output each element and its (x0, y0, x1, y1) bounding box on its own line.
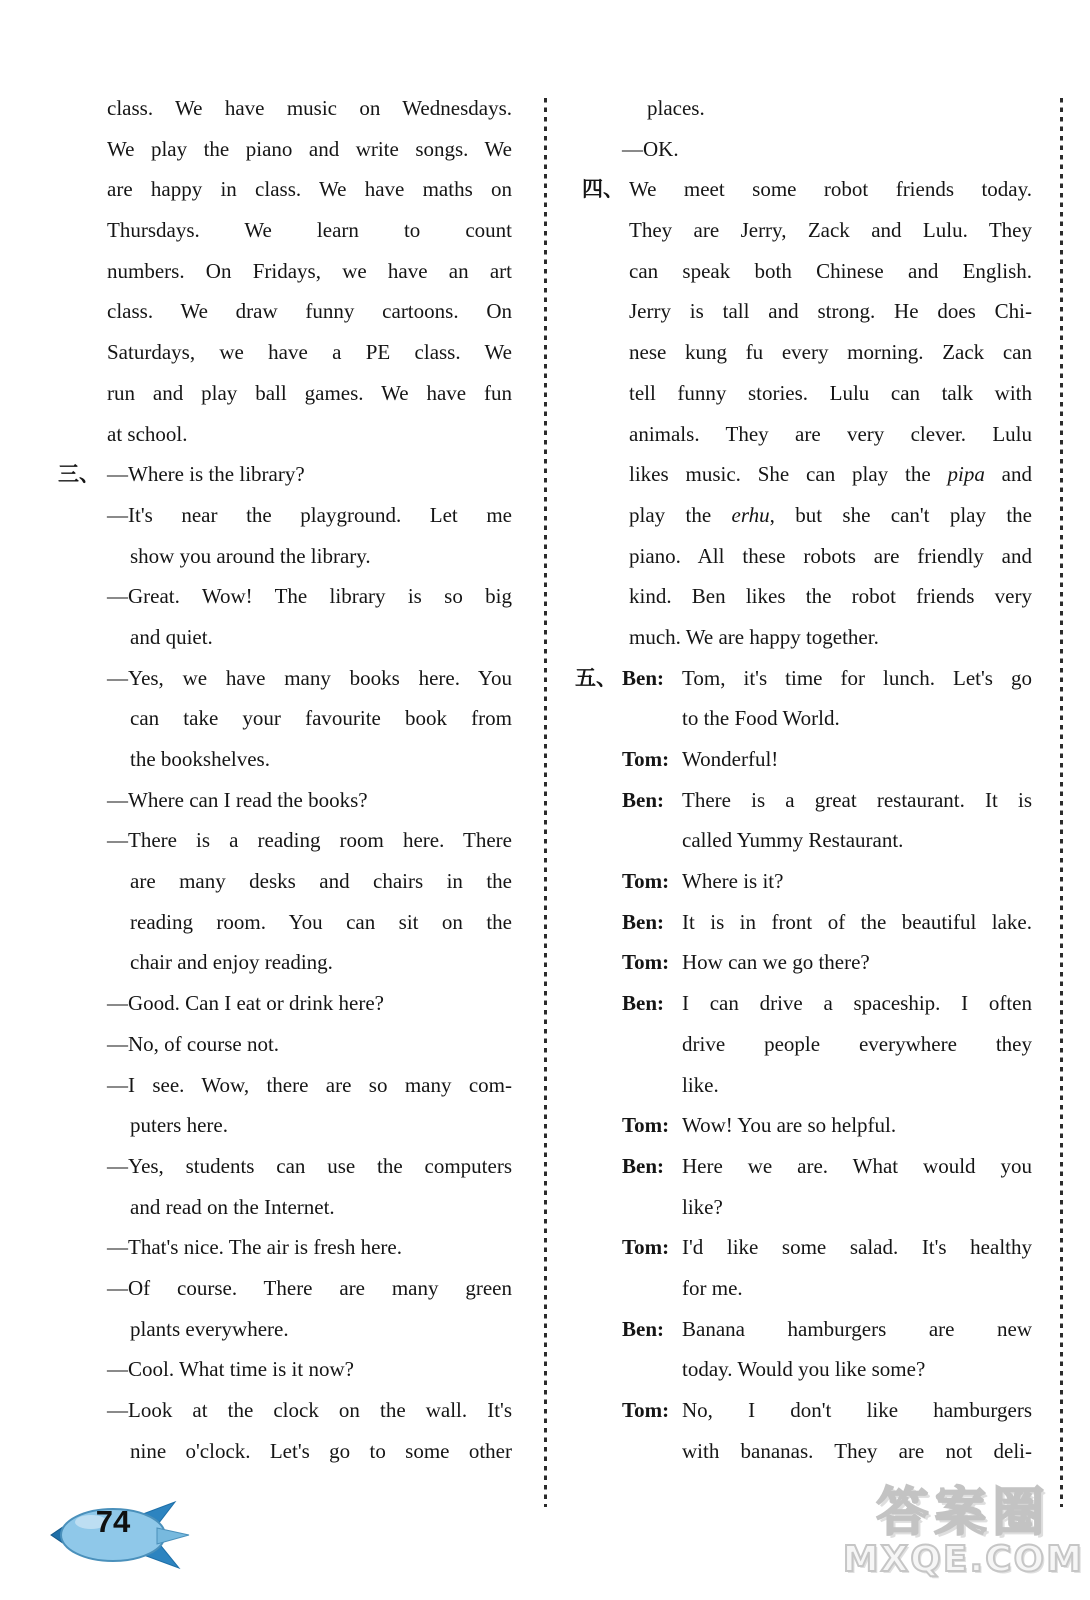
text-line: and quiet. (130, 617, 512, 658)
line-text: —Look at the clock on the wall. It's (107, 1398, 512, 1422)
line-text: nese kung fu every morning. Zack can (629, 340, 1032, 364)
text-line: —It's near the playground. Let me (107, 495, 512, 536)
text-line: 三、—Where is the library? (107, 454, 512, 495)
speaker-label: Ben: (622, 1146, 682, 1187)
text-line: show you around the library. (130, 536, 512, 577)
text-line: today. Would you like some? (682, 1349, 1032, 1390)
speaker-label: Tom: (622, 861, 682, 902)
line-text: drive people everywhere they (682, 1032, 1032, 1056)
text-line: Tom:I'd like some salad. It's healthy (622, 1227, 1032, 1268)
line-text: Wonderful! (682, 747, 778, 771)
right-column: places.—OK.四、We meet some robot friends … (622, 88, 1032, 1471)
line-text: class. We have music on Wednesdays. (107, 96, 512, 120)
page-number: 74 (83, 1506, 143, 1537)
line-text: and quiet. (130, 625, 213, 649)
text-line: at school. (107, 414, 512, 455)
line-text: How can we go there? (682, 950, 870, 974)
text-line: Tom:How can we go there? (622, 942, 1032, 983)
speaker-label: Ben: (622, 780, 682, 821)
line-text: run and play ball games. We have fun (107, 381, 512, 405)
line-text: —That's nice. The air is fresh here. (107, 1235, 402, 1259)
text-line: chair and enjoy reading. (130, 942, 512, 983)
text-line: piano. All these robots are friendly and (629, 536, 1032, 577)
line-text: called Yummy Restaurant. (682, 828, 903, 852)
text-line: play the erhu, but she can't play the (629, 495, 1032, 536)
text-line: —Where can I read the books? (107, 780, 512, 821)
line-text: —I see. Wow, there are so many com- (107, 1073, 512, 1097)
line-text: —Cool. What time is it now? (107, 1357, 354, 1381)
text-line: Ben:It is in front of the beautiful lake… (622, 902, 1032, 943)
line-text: play the (629, 503, 732, 527)
text-line: Tom:Where is it? (622, 861, 1032, 902)
text-line: like? (682, 1187, 1032, 1228)
line-text: like? (682, 1195, 723, 1219)
line-text: Where is it? (682, 869, 783, 893)
line-text: nine o'clock. Let's go to some other (130, 1439, 512, 1463)
text-line: —Yes, students can use the computers (107, 1146, 512, 1187)
text-line: Thursdays. We learn to count (107, 210, 512, 251)
speaker-label: Tom: (622, 1105, 682, 1146)
page-number-badge: 74 (45, 1490, 195, 1580)
text-line: Ben:Banana hamburgers are new (622, 1309, 1032, 1350)
line-text: show you around the library. (130, 544, 371, 568)
text-line: —That's nice. The air is fresh here. (107, 1227, 512, 1268)
line-text: tell funny stories. Lulu can talk with (629, 381, 1032, 405)
line-text: and (985, 462, 1032, 486)
line-text: Here we are. What would you (682, 1154, 1032, 1178)
text-line: nese kung fu every morning. Zack can (629, 332, 1032, 373)
line-text: reading room. You can sit on the (130, 910, 512, 934)
text-line: plants everywhere. (130, 1309, 512, 1350)
text-line: nine o'clock. Let's go to some other (130, 1431, 512, 1472)
line-text: numbers. On Fridays, we have an art (107, 259, 512, 283)
watermark-chinese: 答案圈 (843, 1486, 1084, 1541)
line-text: , but she can't play the (770, 503, 1032, 527)
line-text: animals. They are very clever. Lulu (629, 422, 1032, 446)
line-text: —Yes, we have many books here. You (107, 666, 512, 690)
line-text: Banana hamburgers are new (682, 1317, 1032, 1341)
text-line: Jerry is tall and strong. He does Chi- (629, 291, 1032, 332)
line-text: for me. (682, 1276, 743, 1300)
text-line: Tom:Wonderful! (622, 739, 1032, 780)
text-line: class. We draw funny cartoons. On (107, 291, 512, 332)
text-line: tell funny stories. Lulu can talk with (629, 373, 1032, 414)
text-line: reading room. You can sit on the (130, 902, 512, 943)
text-line: class. We have music on Wednesdays. (107, 88, 512, 129)
line-text: can take your favourite book from (130, 706, 512, 730)
speaker-label: Tom: (622, 739, 682, 780)
text-line: drive people everywhere they (682, 1024, 1032, 1065)
text-line: Ben:Here we are. What would you (622, 1146, 1032, 1187)
text-line: Ben:I can drive a spaceship. I often (622, 983, 1032, 1024)
line-text: places. (647, 96, 705, 120)
text-line: —Yes, we have many books here. You (107, 658, 512, 699)
line-text: —Where is the library? (107, 462, 305, 486)
line-text: Saturdays, we have a PE class. We (107, 340, 512, 364)
line-text: There is a great restaurant. It is (682, 788, 1032, 812)
italic-term: pipa (948, 462, 985, 486)
text-line: —Good. Can I eat or drink here? (107, 983, 512, 1024)
line-text: are happy in class. We have maths on (107, 177, 512, 201)
line-text: the bookshelves. (130, 747, 270, 771)
text-line: —Great. Wow! The library is so big (107, 576, 512, 617)
line-text: Jerry is tall and strong. He does Chi- (629, 299, 1032, 323)
text-line: —No, of course not. (107, 1024, 512, 1065)
text-line: can speak both Chinese and English. (629, 251, 1032, 292)
line-text: with bananas. They are not deli- (682, 1439, 1032, 1463)
line-text: like. (682, 1073, 719, 1097)
line-text: Wow! You are so helpful. (682, 1113, 896, 1137)
line-text: Tom, it's time for lunch. Let's go (682, 666, 1032, 690)
line-text: today. Would you like some? (682, 1357, 925, 1381)
line-text: —Yes, students can use the computers (107, 1154, 512, 1178)
line-text: to the Food World. (682, 706, 840, 730)
line-text: —No, of course not. (107, 1032, 279, 1056)
line-text: much. We are happy together. (629, 625, 879, 649)
text-line: Tom:No, I don't like hamburgers (622, 1390, 1032, 1431)
speaker-label: Ben: (622, 1309, 682, 1350)
line-text: It is in front of the beautiful lake. (682, 910, 1032, 934)
text-line: are happy in class. We have maths on (107, 169, 512, 210)
line-text: can speak both Chinese and English. (629, 259, 1032, 283)
text-line: much. We are happy together. (629, 617, 1032, 658)
text-line: They are Jerry, Zack and Lulu. They (629, 210, 1032, 251)
text-line: and read on the Internet. (130, 1187, 512, 1228)
line-text: puters here. (130, 1113, 228, 1137)
text-line: places. (647, 88, 1032, 129)
speaker-label: Tom: (622, 942, 682, 983)
watermark-site: MXQE.COM (843, 1541, 1084, 1579)
line-text: We meet some robot friends today. (629, 177, 1032, 201)
watermark: 答案圈 MXQE.COM (843, 1486, 1084, 1578)
line-text: —OK. (622, 137, 679, 161)
text-line: called Yummy Restaurant. (682, 820, 1032, 861)
speaker-label: Ben: (622, 902, 682, 943)
line-text: likes music. She can play the (629, 462, 948, 486)
page: 答案圈 MXQE.COM class. We have music on Wed… (0, 0, 1090, 1600)
line-text: —There is a reading room here. There (107, 828, 512, 852)
line-text: —Of course. There are many green (107, 1276, 512, 1300)
line-text: I can drive a spaceship. I often (682, 991, 1032, 1015)
text-line: Ben:There is a great restaurant. It is (622, 780, 1032, 821)
line-text: They are Jerry, Zack and Lulu. They (629, 218, 1032, 242)
text-line: 五、Ben:Tom, it's time for lunch. Let's go (622, 658, 1032, 699)
section-marker: 四、 (582, 169, 624, 210)
text-line: kind. Ben likes the robot friends very (629, 576, 1032, 617)
text-line: for me. (682, 1268, 1032, 1309)
text-line: —Of course. There are many green (107, 1268, 512, 1309)
text-line: We play the piano and write songs. We (107, 129, 512, 170)
speaker-label: Ben: (622, 983, 682, 1024)
italic-term: erhu (732, 503, 770, 527)
left-column: class. We have music on Wednesdays.We pl… (107, 88, 512, 1471)
line-text: at school. (107, 422, 187, 446)
line-text: are many desks and chairs in the (130, 869, 512, 893)
text-line: can take your favourite book from (130, 698, 512, 739)
speaker-label: Tom: (622, 1227, 682, 1268)
text-line: the bookshelves. (130, 739, 512, 780)
line-text: —Where can I read the books? (107, 788, 368, 812)
line-text: and read on the Internet. (130, 1195, 335, 1219)
line-text: —It's near the playground. Let me (107, 503, 512, 527)
text-line: with bananas. They are not deli- (682, 1431, 1032, 1472)
text-line: —I see. Wow, there are so many com- (107, 1065, 512, 1106)
text-line: to the Food World. (682, 698, 1032, 739)
section-marker: 五、 (575, 658, 617, 699)
line-text: kind. Ben likes the robot friends very (629, 584, 1032, 608)
text-line: —There is a reading room here. There (107, 820, 512, 861)
line-text: —Great. Wow! The library is so big (107, 584, 512, 608)
text-line: like. (682, 1065, 1032, 1106)
text-line: 四、We meet some robot friends today. (629, 169, 1032, 210)
page-edge-divider (1060, 98, 1063, 1507)
text-line: —Look at the clock on the wall. It's (107, 1390, 512, 1431)
line-text: piano. All these robots are friendly and (629, 544, 1032, 568)
text-line: numbers. On Fridays, we have an art (107, 251, 512, 292)
text-line: Tom:Wow! You are so helpful. (622, 1105, 1032, 1146)
text-line: —Cool. What time is it now? (107, 1349, 512, 1390)
line-text: chair and enjoy reading. (130, 950, 333, 974)
text-line: are many desks and chairs in the (130, 861, 512, 902)
line-text: No, I don't like hamburgers (682, 1398, 1032, 1422)
line-text: plants everywhere. (130, 1317, 289, 1341)
text-line: Saturdays, we have a PE class. We (107, 332, 512, 373)
line-text: class. We draw funny cartoons. On (107, 299, 512, 323)
section-marker: 三、 (58, 454, 100, 495)
text-line: —OK. (622, 129, 1032, 170)
line-text: Thursdays. We learn to count (107, 218, 512, 242)
line-text: —Good. Can I eat or drink here? (107, 991, 384, 1015)
text-line: animals. They are very clever. Lulu (629, 414, 1032, 455)
text-line: likes music. She can play the pipa and (629, 454, 1032, 495)
line-text: I'd like some salad. It's healthy (682, 1235, 1032, 1259)
line-text: We play the piano and write songs. We (107, 137, 512, 161)
text-line: run and play ball games. We have fun (107, 373, 512, 414)
speaker-label: Tom: (622, 1390, 682, 1431)
column-divider (544, 98, 547, 1507)
speaker-label: Ben: (622, 658, 682, 699)
text-line: puters here. (130, 1105, 512, 1146)
